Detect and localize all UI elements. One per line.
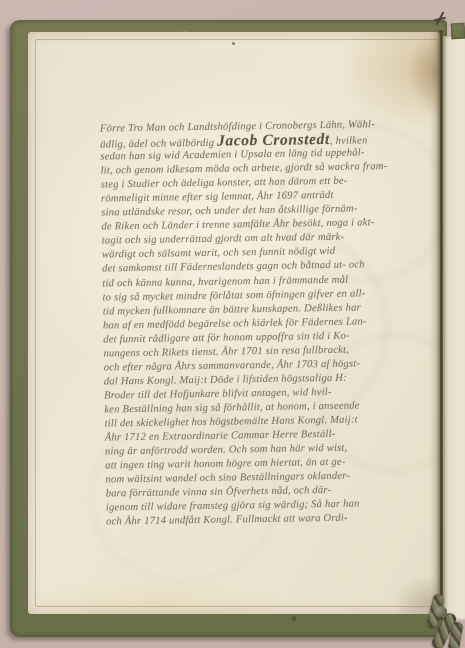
facing-page-edge [443,36,465,620]
facing-cover-edge [451,23,465,40]
tassel-knot [434,606,447,617]
gutter-crease [430,30,444,620]
ink-speck [232,42,235,45]
binding-tassel [424,592,465,648]
binding-thread [433,10,449,32]
handwriting-text: Förre Tro Man och Landtshöfdinge i Crono… [100,118,424,530]
photo-background: Förre Tro Man och Landtshöfdinge i Crono… [0,0,465,648]
